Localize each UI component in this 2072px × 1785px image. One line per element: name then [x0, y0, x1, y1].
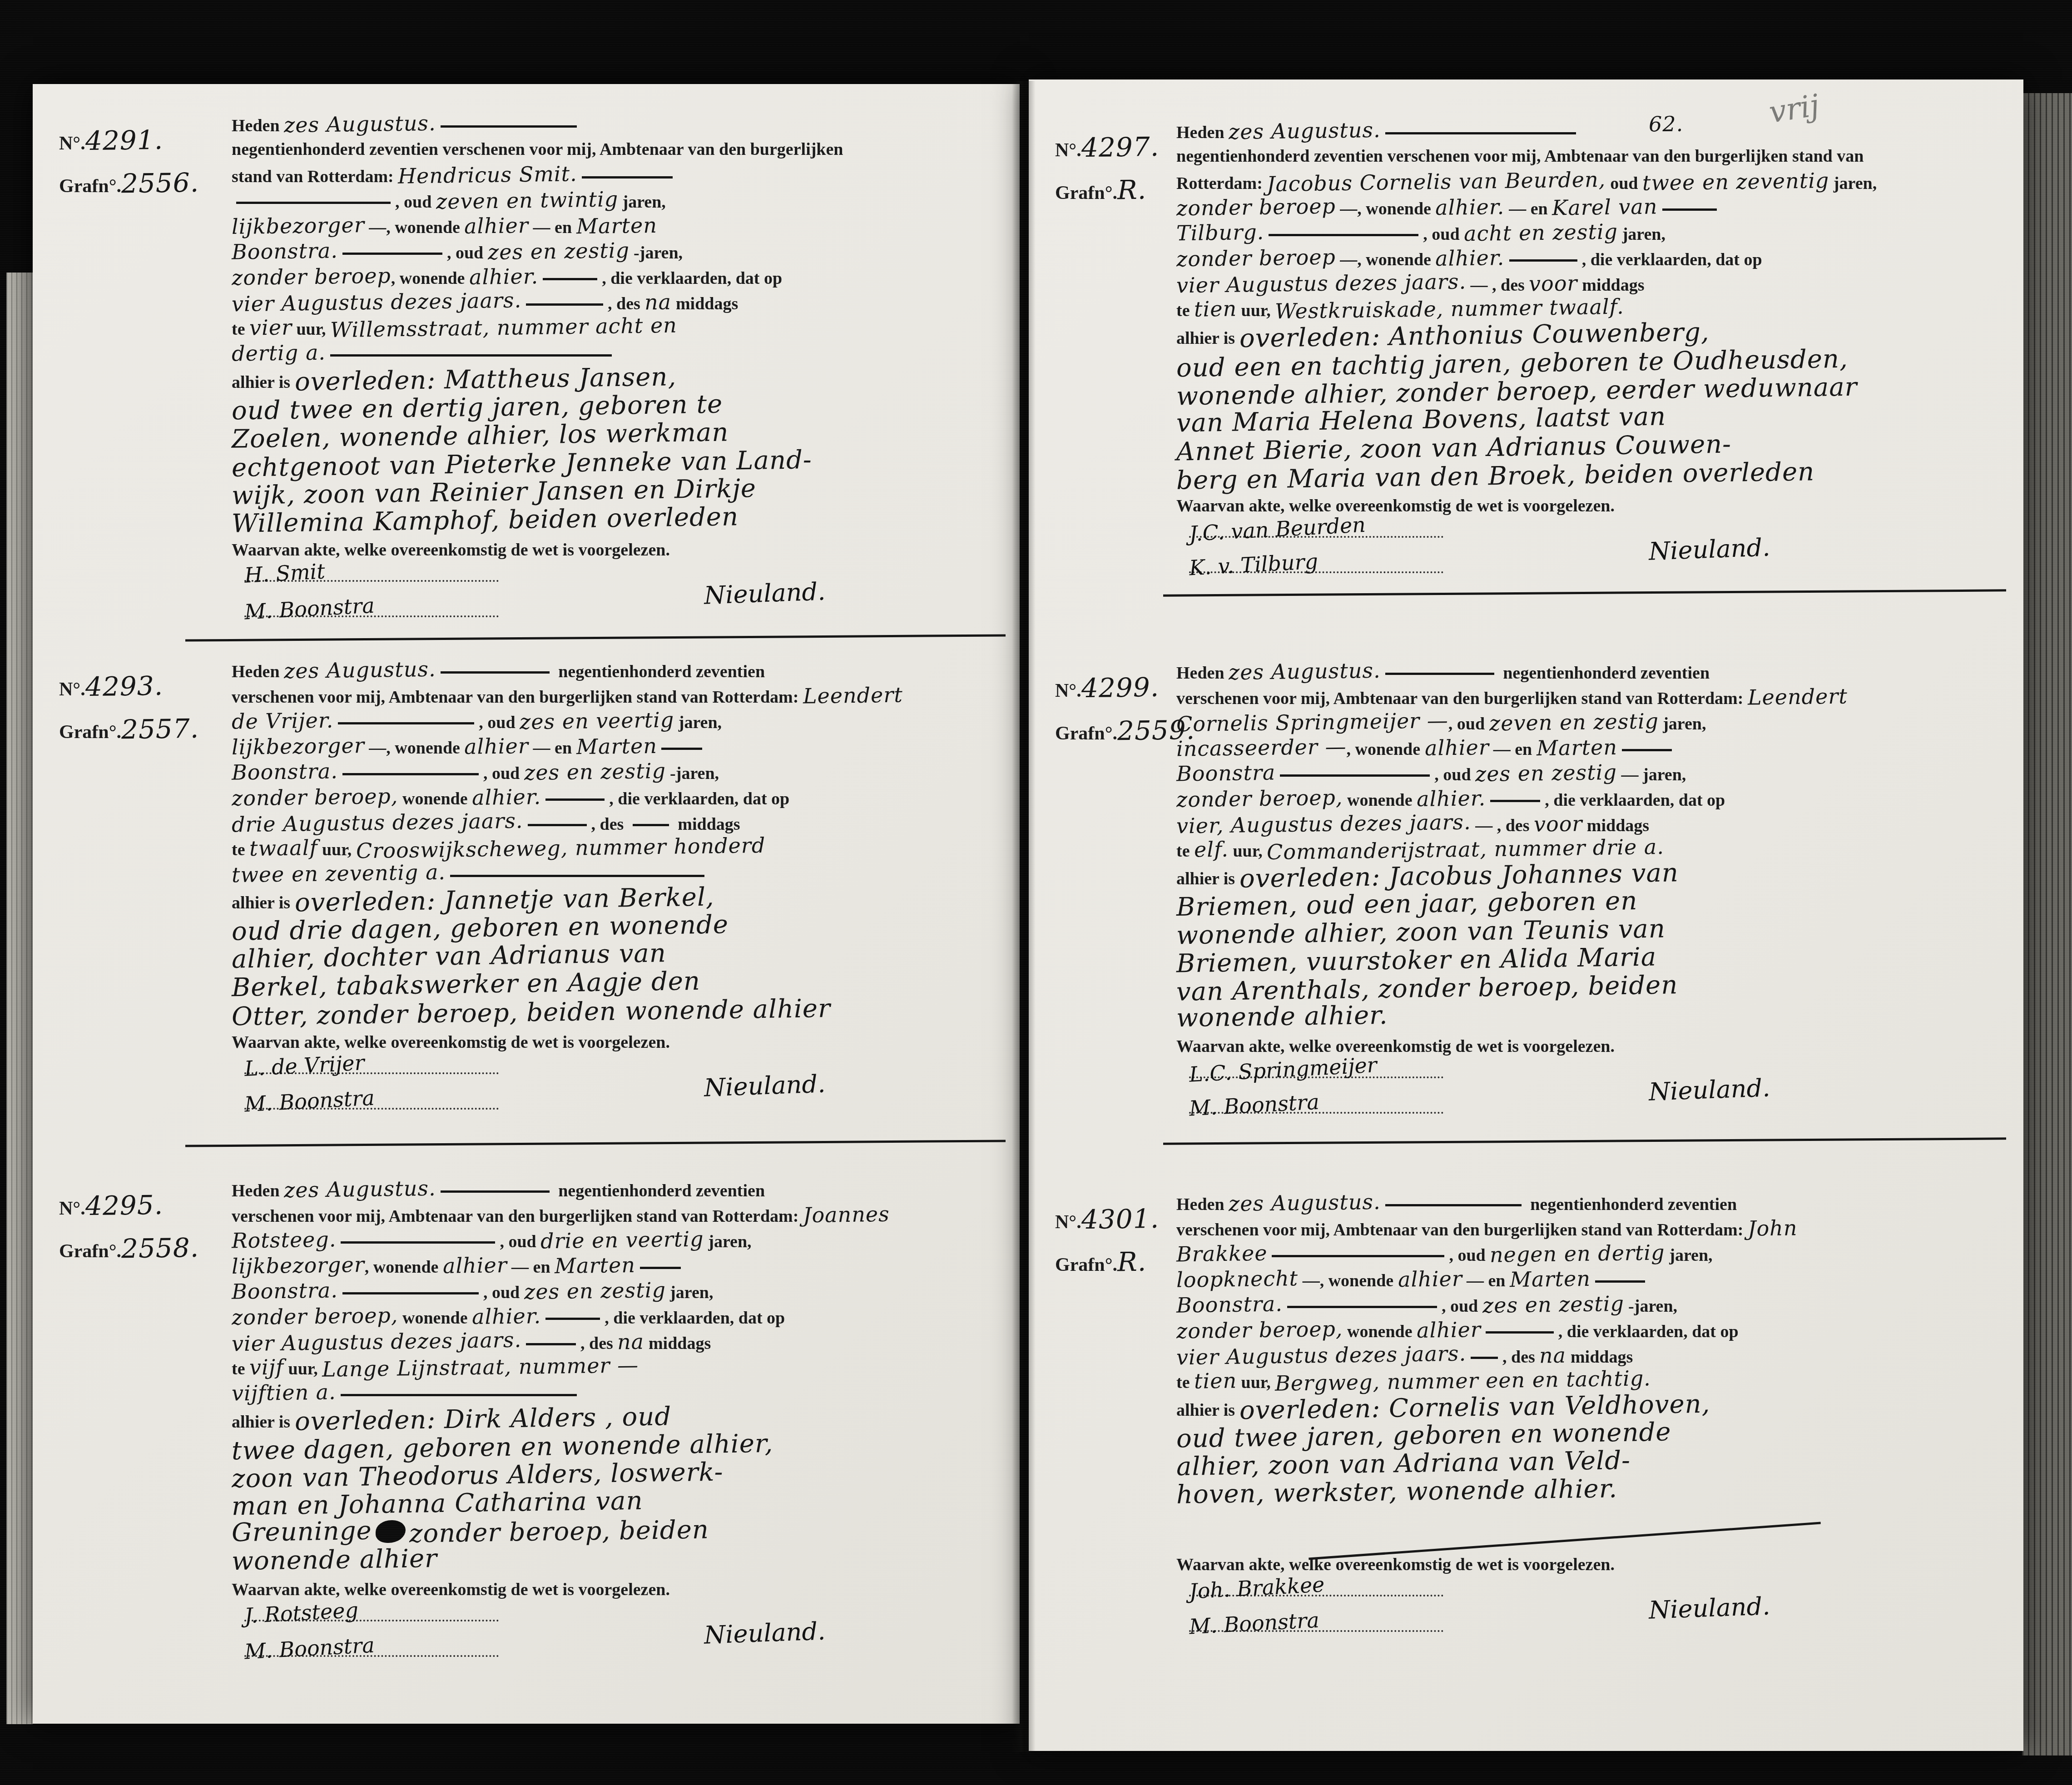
printed-form-text: uur, — [1237, 301, 1275, 320]
record-line: man en Johanna Catharina van — [232, 1490, 1004, 1518]
record-line: zoon van Theodorus Alders, loswerk- — [232, 1462, 1004, 1490]
handwritten-text: alhier. — [1435, 245, 1505, 271]
handwritten-text: zes Augustus. — [284, 110, 436, 138]
record-line: te twaalf uur, Crooswijkscheweg, nummer … — [232, 835, 1004, 861]
printed-form-text: , des — [580, 1334, 617, 1353]
printed-form-text: uur, — [284, 1359, 322, 1378]
printed-form-text: wonende — [398, 789, 472, 808]
blank-rule — [1509, 255, 1577, 262]
signature-block: L. de VrijerM. BoonstraNieuland. — [232, 1056, 1004, 1125]
record-line: echtgenoot van Pieterke Jenneke van Land… — [232, 450, 1004, 478]
blank-rule — [341, 1237, 495, 1244]
printed-form-text: Heden — [1176, 1195, 1229, 1214]
printed-form-text: jaren, — [1829, 174, 1877, 193]
printed-form-text: middags — [1566, 1348, 1633, 1367]
record-line: de Vrijer., oud zes en veertig jaren, — [232, 708, 1004, 734]
printed-form-text: , oud — [1434, 765, 1475, 784]
printed-form-text: uur, — [1229, 842, 1267, 861]
handwritten-text: elf. — [1194, 836, 1229, 862]
handwritten-text: Karel van — [1552, 193, 1658, 220]
record-line: Annet Bierie, zoon van Adrianus Couwen- — [1176, 434, 1976, 462]
deceased-entry-text: van Arenthals, zonder beroep, beiden — [1176, 971, 1678, 1006]
handwritten-text: zes en veertig — [520, 707, 674, 735]
deceased-entry-text: Willemina Kamphof, beiden overleden — [232, 503, 739, 538]
record-line: Heden zes Augustus. negentienhonderd zev… — [232, 1176, 1004, 1202]
handwritten-text: Marten — [1536, 734, 1617, 761]
printed-form-text: jaren, — [674, 713, 722, 732]
printed-form-text: jaren, — [1659, 714, 1706, 734]
record-line: Otter, zonder beroep, beiden wonende alh… — [232, 999, 1004, 1027]
death-record: N°. 4301.Grafn°. R.Heden zes Augustus. n… — [1029, 1190, 2023, 1647]
handwritten-text: na — [644, 289, 672, 315]
record-line: Rotterdam: Jacobus Cornelis van Beurden,… — [1176, 169, 1976, 194]
death-record: N°. 4295.Grafn°. 2558.Heden zes Augustus… — [33, 1176, 1020, 1672]
record-line: verschenen voor mij, Ambtenaar van den b… — [232, 683, 1004, 708]
handwritten-text: Jacobus Cornelis van Beurden, — [1267, 167, 1606, 197]
handwritten-text: zes Augustus. — [284, 656, 436, 684]
handwritten-text: Marten — [1510, 1266, 1591, 1292]
record-number-label: N°. — [1055, 680, 1081, 701]
printed-form-text: middags — [644, 1334, 711, 1353]
witness-signature: M. Boonstra — [1189, 1611, 1443, 1632]
handwritten-text: voor — [1534, 811, 1583, 837]
handwritten-text: zeven en zestig — [1489, 708, 1659, 736]
printed-form-text: negentienhonderd zeventien — [1526, 1195, 1737, 1214]
handwritten-text: lijkbezorger — [232, 733, 365, 760]
grave-number-label: Grafn°. — [59, 722, 121, 743]
record-line: wonende alhier, zonder beroep, eerder we… — [1176, 378, 1976, 406]
record-divider — [185, 634, 1006, 641]
record-line: loopknecht —, wonende alhier — en Marten — [1176, 1266, 1976, 1292]
deceased-entry-text: man en Johanna Catharina van — [232, 1487, 643, 1521]
printed-form-text: alhier is — [1176, 329, 1239, 348]
handwritten-text: Boonstra. — [1176, 1291, 1283, 1318]
signature-block: J. RotsteegM. BoonstraNieuland. — [232, 1603, 1004, 1672]
record-line: alhier is overleden: Anthonius Couwenber… — [1176, 322, 1976, 350]
blank-rule — [640, 1262, 681, 1269]
handwritten-text: Boonstra. — [232, 238, 338, 264]
record-line: vier, Augustus dezes jaars. — , des voor… — [1176, 811, 1976, 837]
record-line: Boonstra., oud zes en zestig -jaren, — [1176, 1292, 1976, 1317]
printed-form-text: — jaren, — [1617, 765, 1686, 784]
printed-form-text: te — [1176, 842, 1194, 861]
handwritten-text: zonder beroep, — [232, 783, 398, 811]
printed-form-text: negentienhonderd zeventien — [1499, 664, 1710, 683]
signature-block: J.C. van BeurdenK. v. TilburgNieuland. — [1176, 520, 1976, 589]
record-line: vier Augustus dezes jaars., des na midda… — [232, 289, 1004, 315]
record-line: Heden zes Augustus. negentienhonderd zev… — [1176, 659, 1976, 684]
record-line: twee en zeventig a. — [232, 861, 1004, 886]
registrar-signature: Nieuland. — [1648, 533, 1770, 565]
record-line: lijkbezorger, wonende alhier — en Marten — [232, 1253, 1004, 1278]
record-line: zonder beroep —, wonende alhier., die ve… — [1176, 245, 1976, 271]
printed-form-text: verschenen voor mij, Ambtenaar van den b… — [232, 688, 803, 707]
record-divider — [1163, 589, 2006, 596]
record-line: Briemen, oud een jaar, geboren en — [1176, 890, 1976, 918]
deceased-entry-text: wonende alhier — [232, 1545, 438, 1576]
closing-formula: Waarvan akte, welke overeenkomstig de we… — [232, 538, 1004, 562]
printed-form-text: , wonende — [1346, 740, 1424, 759]
book-binding-shadow — [1012, 81, 1036, 1752]
registrar-signature: Nieuland. — [1648, 1592, 1770, 1624]
witness-signature-name: Joh. Brakkee — [1189, 1572, 1325, 1604]
record-line: vier Augustus dezes jaars., des na midda… — [232, 1329, 1004, 1354]
printed-form-text: , die verklaarden, dat op — [1558, 1322, 1739, 1341]
printed-form-text: —, wonende — [1298, 1271, 1398, 1290]
record-body: Heden zes Augustus.negentienhonderd zeve… — [232, 111, 1004, 633]
witness-signature: M. Boonstra — [244, 596, 499, 617]
handwritten-text: de Vrijer. — [232, 707, 334, 734]
handwritten-text: zes Augustus. — [1229, 1189, 1381, 1217]
printed-form-text: , oud — [1442, 1297, 1482, 1316]
signature-block: H. SmitM. BoonstraNieuland. — [232, 564, 1004, 633]
witness-signature: M. Boonstra — [244, 1089, 499, 1110]
handwritten-text: John — [1747, 1215, 1797, 1241]
signature-block: Joh. BrakkeeM. BoonstraNieuland. — [1176, 1578, 1976, 1647]
grave-number: Grafn°. 2556. — [59, 168, 232, 198]
handwritten-text: lijkbezorger — [232, 212, 365, 239]
record-line: zonder beroep, wonende alhier., die verk… — [232, 1304, 1004, 1329]
record-line: Brakkee, oud negen en dertig jaren, — [1176, 1241, 1976, 1266]
record-line: verschenen voor mij, Ambtenaar van den b… — [1176, 684, 1976, 709]
record-line: drie Augustus dezes jaars., des middags — [232, 810, 1004, 835]
handwritten-text: alhier — [443, 1252, 507, 1279]
death-record: N°. 4299.Grafn°. 2559.Heden zes Augustus… — [1029, 659, 2023, 1129]
record-line: te elf. uur, Commanderijstraat, nummer d… — [1176, 837, 1976, 862]
blank-rule — [342, 1288, 479, 1294]
handwritten-text: twee en zeventig a. — [232, 859, 446, 888]
scanned-register-spread: { "document": { "kind": "death-register-… — [0, 0, 2072, 1785]
handwritten-text: zes Augustus. — [284, 1175, 436, 1203]
blank-rule — [441, 667, 550, 674]
printed-form-text: Heden — [232, 662, 284, 681]
printed-form-text: verschenen voor mij, Ambtenaar van den b… — [232, 1207, 803, 1226]
blank-rule — [1385, 1200, 1522, 1206]
blank-rule — [441, 121, 577, 128]
record-line: negentienhonderd zeventien verschenen vo… — [232, 137, 1004, 162]
printed-form-text: , oud — [483, 764, 524, 783]
witness-signature: L. de Vrijer — [244, 1053, 499, 1074]
handwritten-text: vier Augustus dezes jaars. — [232, 288, 522, 317]
printed-form-text: — en — [1489, 740, 1537, 759]
printed-form-text: , wonende — [365, 1258, 443, 1277]
record-number-label: N°. — [1055, 140, 1081, 161]
handwritten-text: Willemsstraat, nummer acht en — [330, 312, 678, 343]
record-line: Zoelen, wonende alhier, los werkman — [232, 422, 1004, 450]
record-line: Willemina Kamphof, beiden overleden — [232, 506, 1004, 535]
printed-form-text: Heden — [1176, 123, 1229, 142]
blank-rule — [633, 819, 669, 826]
printed-form-text: , oud — [483, 1283, 524, 1302]
record-line: Cornelis Springmeijer —, oud zeven en ze… — [1176, 709, 1976, 735]
printed-form-text: — , des — [1471, 816, 1534, 835]
record-line: hoven, werkster, wonende alhier. — [1176, 1478, 1976, 1506]
blank-rule — [1490, 795, 1540, 802]
record-line: oud twee jaren, geboren en wonende — [1176, 1422, 1976, 1450]
death-record: N°. 4291.Grafn°. 2556.Heden zes Augustus… — [33, 111, 1020, 633]
death-record: N°. 4297.Grafn°. R.62.Heden zes Augustus… — [1029, 118, 2023, 589]
record-line: , oud zeven en twintig jaren, — [232, 188, 1004, 213]
printed-form-text: — en — [1505, 199, 1552, 218]
blank-rule — [338, 718, 474, 724]
record-body: 62.Heden zes Augustus.negentienhonderd z… — [1176, 118, 1976, 589]
registrar-signature: Nieuland. — [704, 577, 826, 610]
printed-form-text: stand van Rotterdam: — [232, 167, 398, 186]
record-line: te tien uur, Bergweg, nummer een en tach… — [1176, 1368, 1976, 1393]
printed-form-text: — en — [529, 218, 576, 237]
blank-rule — [526, 1339, 576, 1345]
record-number-label: N°. — [59, 679, 85, 700]
grave-number-label: Grafn°. — [1055, 723, 1117, 744]
printed-form-text: alhier is — [232, 893, 295, 912]
handwritten-text: Marten — [555, 1252, 636, 1279]
printed-form-text: oud — [1606, 174, 1642, 193]
handwritten-text: drie en veertig — [540, 1226, 704, 1254]
blank-rule — [528, 819, 587, 826]
handwritten-text: zeven en twintig — [436, 186, 618, 214]
blank-rule — [582, 172, 673, 178]
record-line: zonder beroep, wonende alhier., die verk… — [1176, 786, 1976, 811]
printed-form-text: te — [232, 320, 249, 339]
record-line: lijkbezorger —, wonende alhier — en Mart… — [232, 213, 1004, 238]
handwritten-text: alhier. — [472, 784, 541, 810]
deceased-entry-text: wonende alhier. — [1176, 1002, 1388, 1032]
handwritten-text: zonder beroep — [232, 263, 392, 291]
printed-form-text: Heden — [232, 116, 284, 135]
blank-rule — [1662, 204, 1717, 211]
handwritten-text: alhier — [464, 733, 529, 759]
handwritten-text: Rotsteeg. — [232, 1226, 337, 1253]
record-line: Heden zes Augustus. negentienhonderd zev… — [232, 657, 1004, 683]
record-line: Heden zes Augustus. — [232, 111, 1004, 137]
record-line: Briemen, vuurstoker en Alida Maria — [1176, 947, 1976, 975]
witness-signature-name: M. Boonstra — [1189, 1608, 1320, 1639]
handwritten-text: twaalf — [249, 835, 318, 861]
handwritten-text: zes en zestig — [524, 758, 666, 785]
record-line: Berkel, tabakswerker en Aagje den — [232, 971, 1004, 999]
grave-number-value: R. — [1117, 1246, 1146, 1278]
handwritten-text: alhier. — [1417, 785, 1486, 812]
record-number-value: 4299. — [1081, 672, 1159, 704]
record-line: lijkbezorger —, wonende alhier — en Mart… — [232, 734, 1004, 759]
printed-form-text: , des — [608, 294, 644, 313]
printed-form-text: , wonende — [391, 269, 469, 288]
blank-rule — [526, 299, 603, 306]
record-line: berg en Maria van den Broek, beiden over… — [1176, 462, 1976, 491]
witness-signature: M. Boonstra — [1189, 1093, 1443, 1114]
handwritten-text: Joannes — [803, 1201, 889, 1228]
record-number: N°. 4291. — [59, 125, 232, 156]
printed-form-text: , oud — [479, 713, 520, 732]
blank-rule — [1486, 1327, 1554, 1334]
printed-form-text: negentienhonderd zeventien verschenen vo… — [1176, 147, 1864, 166]
printed-form-text: Rotterdam: — [1176, 174, 1267, 193]
record-number-label: N°. — [59, 1198, 85, 1219]
register-page-left: N°. 4291.Grafn°. 2556.Heden zes Augustus… — [33, 84, 1020, 1724]
record-line: zonder beroep —, wonende alhier. — en Ka… — [1176, 194, 1976, 220]
handwritten-text: alhier — [1424, 734, 1489, 761]
handwritten-text: Crooswijkscheweg, nummer honderd — [356, 833, 765, 864]
witness-signature-name: L.C. Springmeijer — [1189, 1052, 1378, 1087]
handwritten-text: alhier — [1398, 1266, 1462, 1292]
handwritten-text: alhier — [1417, 1317, 1481, 1343]
witness-signature-name: M. Boonstra — [244, 1086, 375, 1117]
witness-signature-name: M. Boonstra — [1189, 1090, 1320, 1121]
record-line: te tien uur, Westkruiskade, nummer twaal… — [1176, 296, 1976, 322]
printed-form-text: middags — [1582, 816, 1649, 835]
printed-form-text: negentienhonderd zeventien verschenen vo… — [232, 140, 843, 159]
handwritten-text: lijkbezorger — [232, 1252, 365, 1279]
printed-form-text: , die verklaarden, dat op — [1545, 791, 1725, 810]
printed-form-text: Heden — [232, 1181, 284, 1200]
record-margin: N°. 4293.Grafn°. 2557. — [59, 671, 232, 744]
handwritten-text: vier, Augustus dezes jaars. — [1176, 809, 1471, 838]
handwritten-text: Boonstra. — [232, 1277, 338, 1304]
handwritten-text: vier Augustus dezes jaars. — [1176, 269, 1467, 298]
handwritten-text: na — [1539, 1343, 1566, 1368]
record-line: Heden zes Augustus. negentienhonderd zev… — [1176, 1190, 1976, 1215]
printed-form-text: , oud — [1448, 714, 1489, 734]
witness-signature-name: L. de Vrijer — [244, 1050, 365, 1081]
record-line: vijftien a. — [232, 1380, 1004, 1405]
record-number: N°. 4293. — [59, 671, 232, 702]
registrar-signature: Nieuland. — [1648, 1073, 1770, 1106]
grave-number-value: 2556. — [121, 167, 199, 199]
printed-form-text: middags — [674, 815, 740, 834]
blank-rule — [1471, 1352, 1498, 1359]
printed-form-text: jaren, — [1665, 1246, 1713, 1265]
blank-rule — [1385, 128, 1576, 134]
printed-form-text: uur, — [292, 320, 330, 339]
witness-signature-name: J.C. van Beurden — [1189, 512, 1366, 546]
inline-annotation: 62. — [1649, 111, 1684, 136]
witness-signature: Joh. Brakkee — [1189, 1576, 1443, 1597]
printed-form-text: uur, — [317, 840, 356, 859]
handwritten-text: loopknecht — [1176, 1265, 1299, 1293]
printed-form-text: , oud — [395, 193, 436, 212]
printed-form-text: , des — [591, 815, 628, 834]
printed-form-text: negentienhonderd zeventien — [554, 1181, 765, 1200]
handwritten-text: Tilburg. — [1176, 219, 1264, 246]
record-line: Tilburg., oud acht en zestig jaren, — [1176, 220, 1976, 245]
record-number-value: 4291. — [85, 124, 163, 156]
handwritten-text: alhier — [464, 213, 529, 239]
printed-form-text: — en — [507, 1258, 555, 1277]
ink-blot — [376, 1520, 406, 1543]
handwritten-text: Hendricus Smit. — [398, 161, 577, 189]
record-divider — [185, 1140, 1006, 1147]
handwritten-text: vier Augustus dezes jaars. — [1176, 1341, 1467, 1370]
printed-form-text: jaren, — [618, 193, 666, 212]
blank-rule — [330, 350, 612, 357]
printed-form-text: , die verklaarden, dat op — [605, 1309, 785, 1328]
record-line: incasseerder —, wonende alhier — en Mart… — [1176, 735, 1976, 760]
record-line: Greuningezonder beroep, beiden — [232, 1518, 1004, 1546]
deceased-entry-text: Greuninge — [232, 1517, 372, 1547]
record-number-value: 4301. — [1081, 1203, 1159, 1235]
handwritten-text: Leendert — [803, 682, 903, 709]
printed-form-text: middags — [671, 294, 738, 313]
record-line: Boonstra., oud zes en zestig -jaren, — [232, 759, 1004, 784]
printed-form-text: — en — [529, 739, 576, 758]
blank-rule — [1287, 1301, 1437, 1308]
record-line: van Maria Helena Bovens, laatst van — [1176, 406, 1976, 434]
printed-form-text: —, wonende — [365, 218, 465, 237]
handwritten-text: vier Augustus dezes jaars. — [232, 1327, 522, 1357]
printed-form-text: , oud — [1449, 1246, 1490, 1265]
handwritten-text: Lange Lijnstraat, nummer — — [322, 1352, 639, 1382]
handwritten-text: zes Augustus. — [1229, 658, 1381, 685]
handwritten-text: alhier. — [472, 1303, 541, 1329]
handwritten-text: zonder beroep, — [1176, 1316, 1343, 1344]
blank-rule — [1385, 668, 1494, 675]
blank-rule — [1269, 229, 1418, 236]
handwritten-text: dertig a. — [232, 340, 326, 367]
handwritten-text: twee en zeventig — [1642, 168, 1829, 196]
printed-form-text: — , des — [1466, 276, 1529, 295]
printed-form-text: alhier is — [232, 373, 295, 392]
handwritten-text: zes en zestig — [524, 1277, 666, 1304]
registrar-signature: Nieuland. — [704, 1616, 826, 1649]
printed-form-text: te — [232, 840, 249, 859]
witness-signature: L.C. Springmeijer — [1189, 1057, 1443, 1078]
record-line: Heden zes Augustus. — [1176, 118, 1976, 144]
record-line: oud drie dagen, geboren en wonende — [232, 914, 1004, 942]
printed-form-text: , des — [1502, 1348, 1539, 1367]
record-line: wonende alhier — [232, 1546, 1004, 1574]
record-line: wonende alhier, zoon van Teunis van — [1176, 918, 1976, 947]
handwritten-text: alhier. — [1435, 194, 1505, 220]
record-number-value: 4297. — [1081, 131, 1159, 163]
handwritten-text: zes en zestig — [487, 238, 630, 265]
witness-signature: M. Boonstra — [244, 1636, 499, 1657]
handwritten-text: zonder beroep, — [232, 1302, 398, 1330]
handwritten-text: Marten — [576, 213, 657, 239]
record-body: Heden zes Augustus. negentienhonderd zev… — [1176, 659, 1976, 1129]
blank-rule — [450, 870, 704, 877]
printed-form-text: alhier is — [1176, 869, 1239, 888]
grave-number-label: Grafn°. — [1055, 183, 1117, 203]
record-line: alhier is overleden: Jacobus Johannes va… — [1176, 862, 1976, 890]
record-line: vier Augustus dezes jaars. — , des voor … — [1176, 271, 1976, 296]
witness-signature: K. v. Tilburg — [1189, 552, 1443, 573]
record-line: alhier is overleden: Cornelis van Veldho… — [1176, 1393, 1976, 1422]
handwritten-text: tien — [1194, 1368, 1237, 1393]
deceased-entry-text: hoven, werkster, wonende alhier. — [1176, 1475, 1618, 1509]
grave-number-value: R. — [1117, 174, 1146, 206]
printed-form-text: te — [232, 1359, 249, 1378]
blank-rule — [236, 197, 391, 204]
closing-formula: Waarvan akte, welke overeenkomstig de we… — [1176, 1553, 1976, 1577]
grave-number-value: 2558. — [121, 1232, 199, 1264]
handwritten-text: incasseerder — — [1176, 734, 1347, 761]
printed-form-text: verschenen voor mij, Ambtenaar van den b… — [1176, 1220, 1748, 1240]
record-line: dertig a. — [232, 340, 1004, 366]
blank-rule — [545, 1313, 600, 1320]
record-line: Boonstra., oud zes en zestig -jaren, — [232, 238, 1004, 264]
handwritten-text: na — [617, 1329, 644, 1355]
record-line: alhier is overleden: Mattheus Jansen, — [232, 366, 1004, 394]
printed-form-text: -jaren, — [630, 243, 683, 263]
handwritten-text: tien — [1194, 296, 1237, 322]
witness-signature: H. Smit — [244, 561, 499, 582]
record-line: Boonstra., oud zes en zestig jaren, — [232, 1278, 1004, 1304]
closing-formula: Waarvan akte, welke overeenkomstig de we… — [1176, 1035, 1976, 1058]
record-line: wonende alhier. — [1176, 1003, 1976, 1031]
blank-rule — [441, 1186, 550, 1193]
record-line: te vijf uur, Lange Lijnstraat, nummer — — [232, 1354, 1004, 1380]
printed-form-text: jaren, — [704, 1232, 752, 1251]
